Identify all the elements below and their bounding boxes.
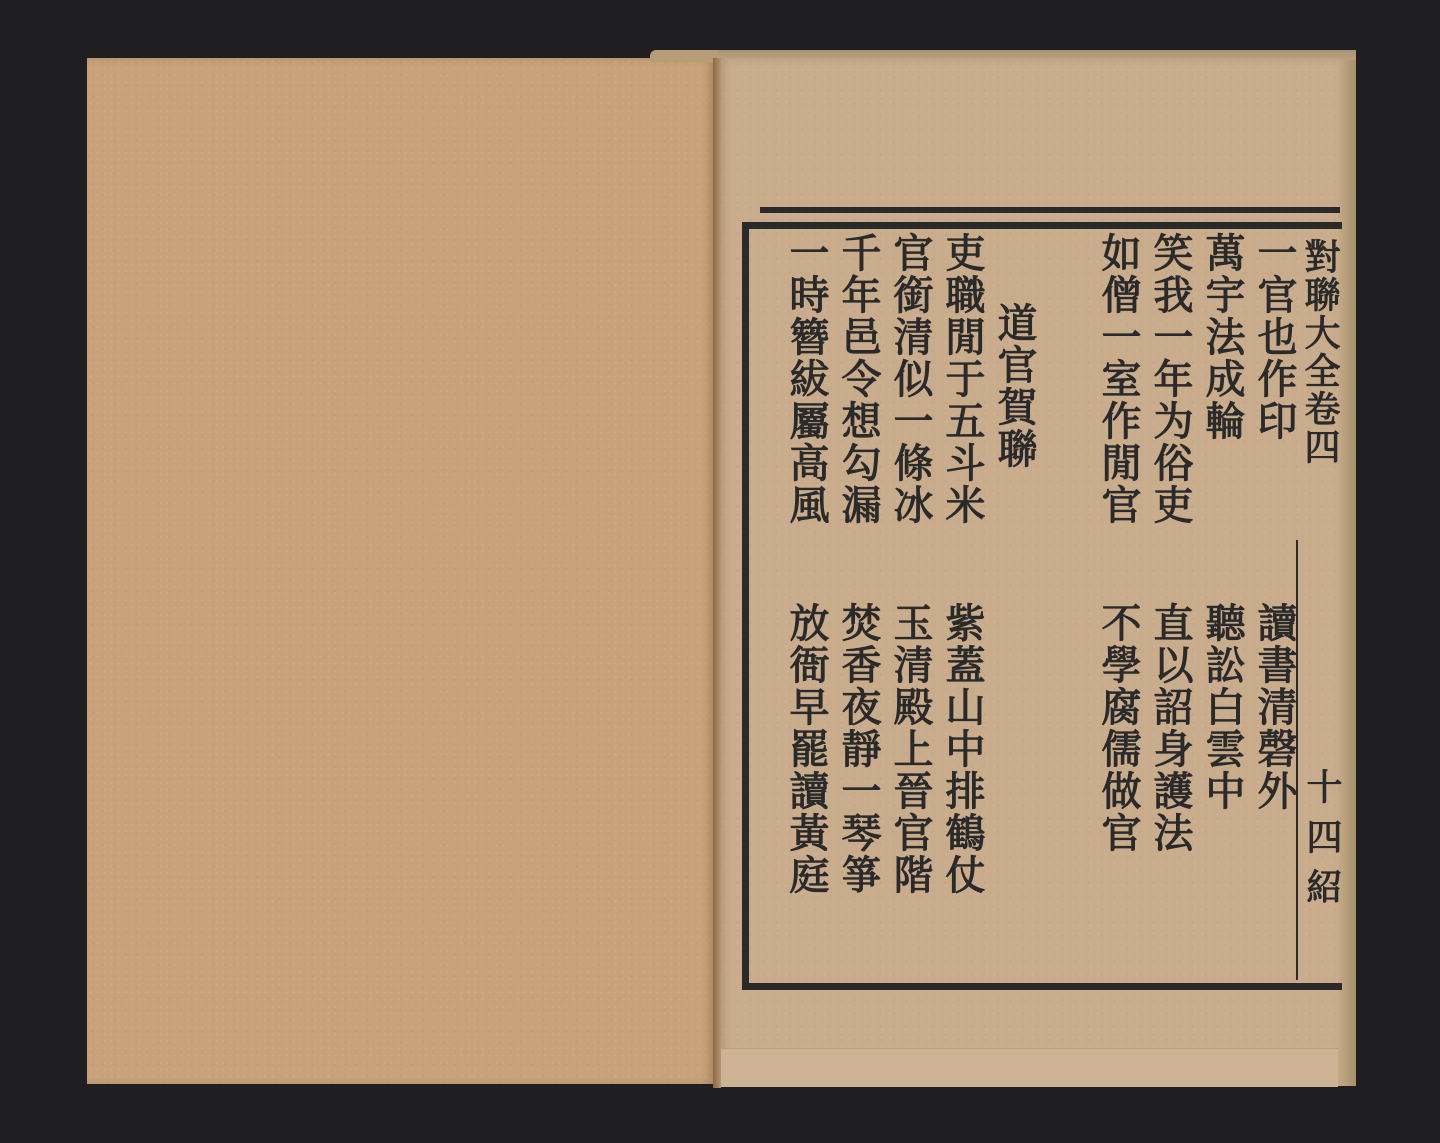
text-column-spacer — [988, 242, 1040, 902]
page-number: 十四 — [1301, 768, 1343, 868]
category-label: 紹 — [1301, 868, 1343, 918]
text-column: 不學腐儒做官 — [1092, 242, 1144, 902]
text-column: 紫蓋山中排鶴仗 — [936, 242, 988, 902]
text-column: 焚香夜靜一琴箏 — [832, 242, 884, 902]
text-column: 聽訟白雲中 — [1196, 242, 1248, 902]
text-column: 玉清殿上晉官階 — [884, 242, 936, 902]
blank-left-page — [87, 58, 715, 1084]
text-column: 直以詔身護法 — [1144, 242, 1196, 902]
text-column-spacer — [1040, 242, 1092, 902]
banxin-folio: 十四紹 — [1302, 768, 1342, 918]
book-gutter — [713, 58, 721, 1088]
book-title: 對聯大全 — [1299, 238, 1341, 390]
text-column: 放衙早罷讀黃庭 — [780, 242, 832, 902]
text-column: 讀書清磬外 — [1248, 242, 1300, 902]
lower-text-columns: 讀書清磬外 聽訟白雲中 直以詔身護法 不學腐儒做官 紫蓋山中排鶴仗 玉清殿上晉官… — [760, 242, 1300, 902]
page-edge-bottom — [718, 1048, 1338, 1087]
frame-top-rule — [760, 207, 1340, 213]
volume-label: 卷四 — [1299, 390, 1341, 466]
